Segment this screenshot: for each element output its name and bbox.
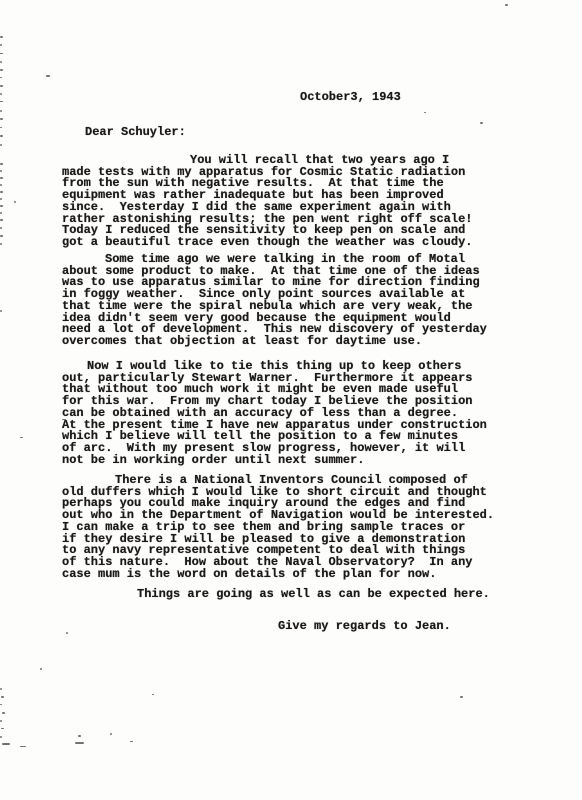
scan-speckle	[66, 632, 68, 634]
scan-speckle	[0, 212, 2, 214]
scan-speckle	[0, 720, 2, 722]
scan-speckle	[0, 688, 2, 690]
scan-speckle	[0, 219, 3, 221]
scan-speckle	[0, 177, 3, 179]
scan-speckle	[2, 743, 10, 745]
scan-speckle	[40, 668, 42, 670]
scan-speckle	[0, 163, 3, 165]
letter-page: October3, 1943 Dear Schuyler: You will r…	[0, 0, 582, 800]
scan-speckle	[1, 728, 4, 729]
scan-speckle	[0, 310, 2, 312]
scan-speckle	[152, 694, 154, 695]
scan-speckle	[20, 746, 26, 747]
scan-speckle	[0, 77, 2, 78]
scan-speckle	[0, 235, 3, 237]
scan-speckle	[460, 696, 463, 698]
scan-speckle	[424, 112, 426, 113]
scan-speckle	[0, 135, 3, 137]
scan-speckle	[2, 712, 5, 714]
scan-speckle	[0, 36, 3, 38]
scan-speckle	[0, 53, 3, 54]
scan-speckle	[75, 742, 84, 744]
scan-speckle	[0, 127, 2, 128]
letter-paragraph-3: Now I would like to tie this thing up to…	[62, 361, 487, 466]
scan-speckle	[0, 184, 2, 186]
scan-speckle	[0, 704, 2, 705]
scan-speckle	[78, 735, 81, 737]
scan-speckle	[0, 198, 2, 200]
scan-speckle	[0, 61, 2, 63]
scan-speckle	[505, 4, 508, 6]
scan-speckle	[20, 437, 23, 438]
scan-speckle	[14, 201, 16, 203]
letter-paragraph-5: Things are going as well as can be expec…	[62, 589, 490, 601]
scan-speckle	[0, 227, 2, 229]
letter-farewell: Give my regards to Jean.	[278, 621, 451, 633]
letter-paragraph-2: Some time ago we were talking in the roo…	[62, 254, 487, 348]
letter-date: October3, 1943	[300, 92, 401, 104]
scan-speckle	[0, 93, 2, 95]
scan-speckle	[0, 243, 2, 245]
scan-speckle	[1, 696, 4, 698]
scan-speckle	[0, 118, 3, 120]
letter-paragraph-1: You will recall that two years ago I mad…	[62, 155, 472, 249]
scan-speckle	[0, 44, 2, 46]
scan-speckle	[110, 733, 112, 735]
scan-speckle	[0, 85, 3, 87]
scan-speckle	[0, 69, 3, 71]
letter-paragraph-4: There is a National Inventors Council co…	[62, 475, 494, 580]
scan-speckle	[480, 122, 483, 124]
scan-speckle	[0, 736, 2, 738]
scan-speckle	[0, 101, 3, 102]
scan-speckle	[0, 205, 3, 207]
scan-speckle	[0, 191, 3, 193]
scan-speckle	[0, 144, 2, 146]
scan-speckle	[0, 110, 2, 112]
scan-speckle	[46, 75, 50, 77]
scan-speckle	[130, 741, 133, 742]
letter-salutation: Dear Schuyler:	[85, 127, 186, 139]
scan-speckle	[0, 170, 2, 172]
